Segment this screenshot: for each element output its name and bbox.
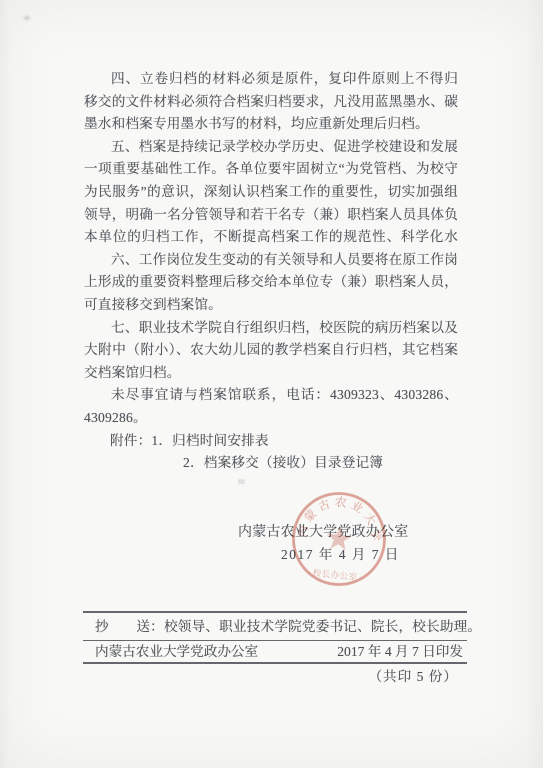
official-seal-icon: 内蒙古农业大学 校长办公室 [282, 482, 396, 596]
text-line: 四、立卷归档的材料必须是原件，复印件原则上不得归档。 [84, 68, 458, 91]
scan-dot [24, 16, 30, 20]
footer-rule-middle [83, 640, 467, 642]
text-line: 可直接移交到档案馆。 [84, 294, 458, 317]
footer-rule-top [83, 611, 467, 613]
text-line: 七、职业技术学院自行组织归档，校医院的病历档案以及农 [84, 317, 458, 340]
text-line: 移交的文件材料必须符合档案归档要求，凡没用蓝黑墨水、碳素 [84, 91, 458, 114]
attachment-line: 附件：1．归档时间安排表 [84, 430, 458, 453]
attachment-line: 2．档案移交（接收）目录登记簿 [84, 452, 458, 475]
text-line: 大附中（附小）、农大幼儿园的教学档案自行归档，其它档案移 [84, 339, 458, 362]
text-line: 墨水和档案专用墨水书写的材料，均应重新处理后归档。 [84, 113, 458, 136]
issuer-name: 内蒙古农业大学党政办公室 [95, 641, 258, 662]
text-line: 未尽事宜请与档案馆联系，电话：4309323、4303286、 [84, 384, 458, 407]
footer-section: 抄 送：校领导、职业技术学院党委书记、院长，校长助理。 内蒙古农业大学党政办公室… [83, 611, 467, 690]
footer-rule-bottom [83, 662, 467, 664]
text-line: 本单位的归档工作，不断提高档案工作的规范性、科学化水平。 [84, 226, 458, 249]
seal-star-icon [326, 525, 353, 551]
text-line: 4309286。 [84, 407, 458, 430]
text-line: 领导，明确一名分管领导和若干名专（兼）职档案人员具体负责 [84, 204, 458, 227]
copies-count: （共印 5 份） [83, 664, 467, 690]
issue-row: 内蒙古农业大学党政办公室 2017 年 4 月 7 日印发 [83, 641, 467, 662]
text-line: 为民服务”的意识，深刻认识档案工作的重要性，切实加强组织 [84, 181, 458, 204]
text-line: 六、工作岗位发生变动的有关领导和人员要将在原工作岗位 [84, 249, 458, 272]
text-line: 五、档案是持续记录学校办学历史、促进学校建设和发展的 [84, 136, 458, 159]
text-line: 一项重要基础性工作。各单位要牢固树立“为党管档、为校守史、 [84, 158, 458, 181]
text-line: 上形成的重要资料整理后移交给本单位专（兼）职档案人员，也 [84, 271, 458, 294]
cc-line: 抄 送：校领导、职业技术学院党委书记、院长，校长助理。 [83, 613, 467, 640]
document-page: 四、立卷归档的材料必须是原件，复印件原则上不得归档。 移交的文件材料必须符合档案… [0, 0, 543, 768]
text-line: 交档案馆归档。 [84, 362, 458, 385]
document-body: 四、立卷归档的材料必须是原件，复印件原则上不得归档。 移交的文件材料必须符合档案… [84, 68, 458, 475]
print-date: 2017 年 4 月 7 日印发 [337, 641, 463, 662]
scan-smudge: ≈ [237, 474, 246, 491]
